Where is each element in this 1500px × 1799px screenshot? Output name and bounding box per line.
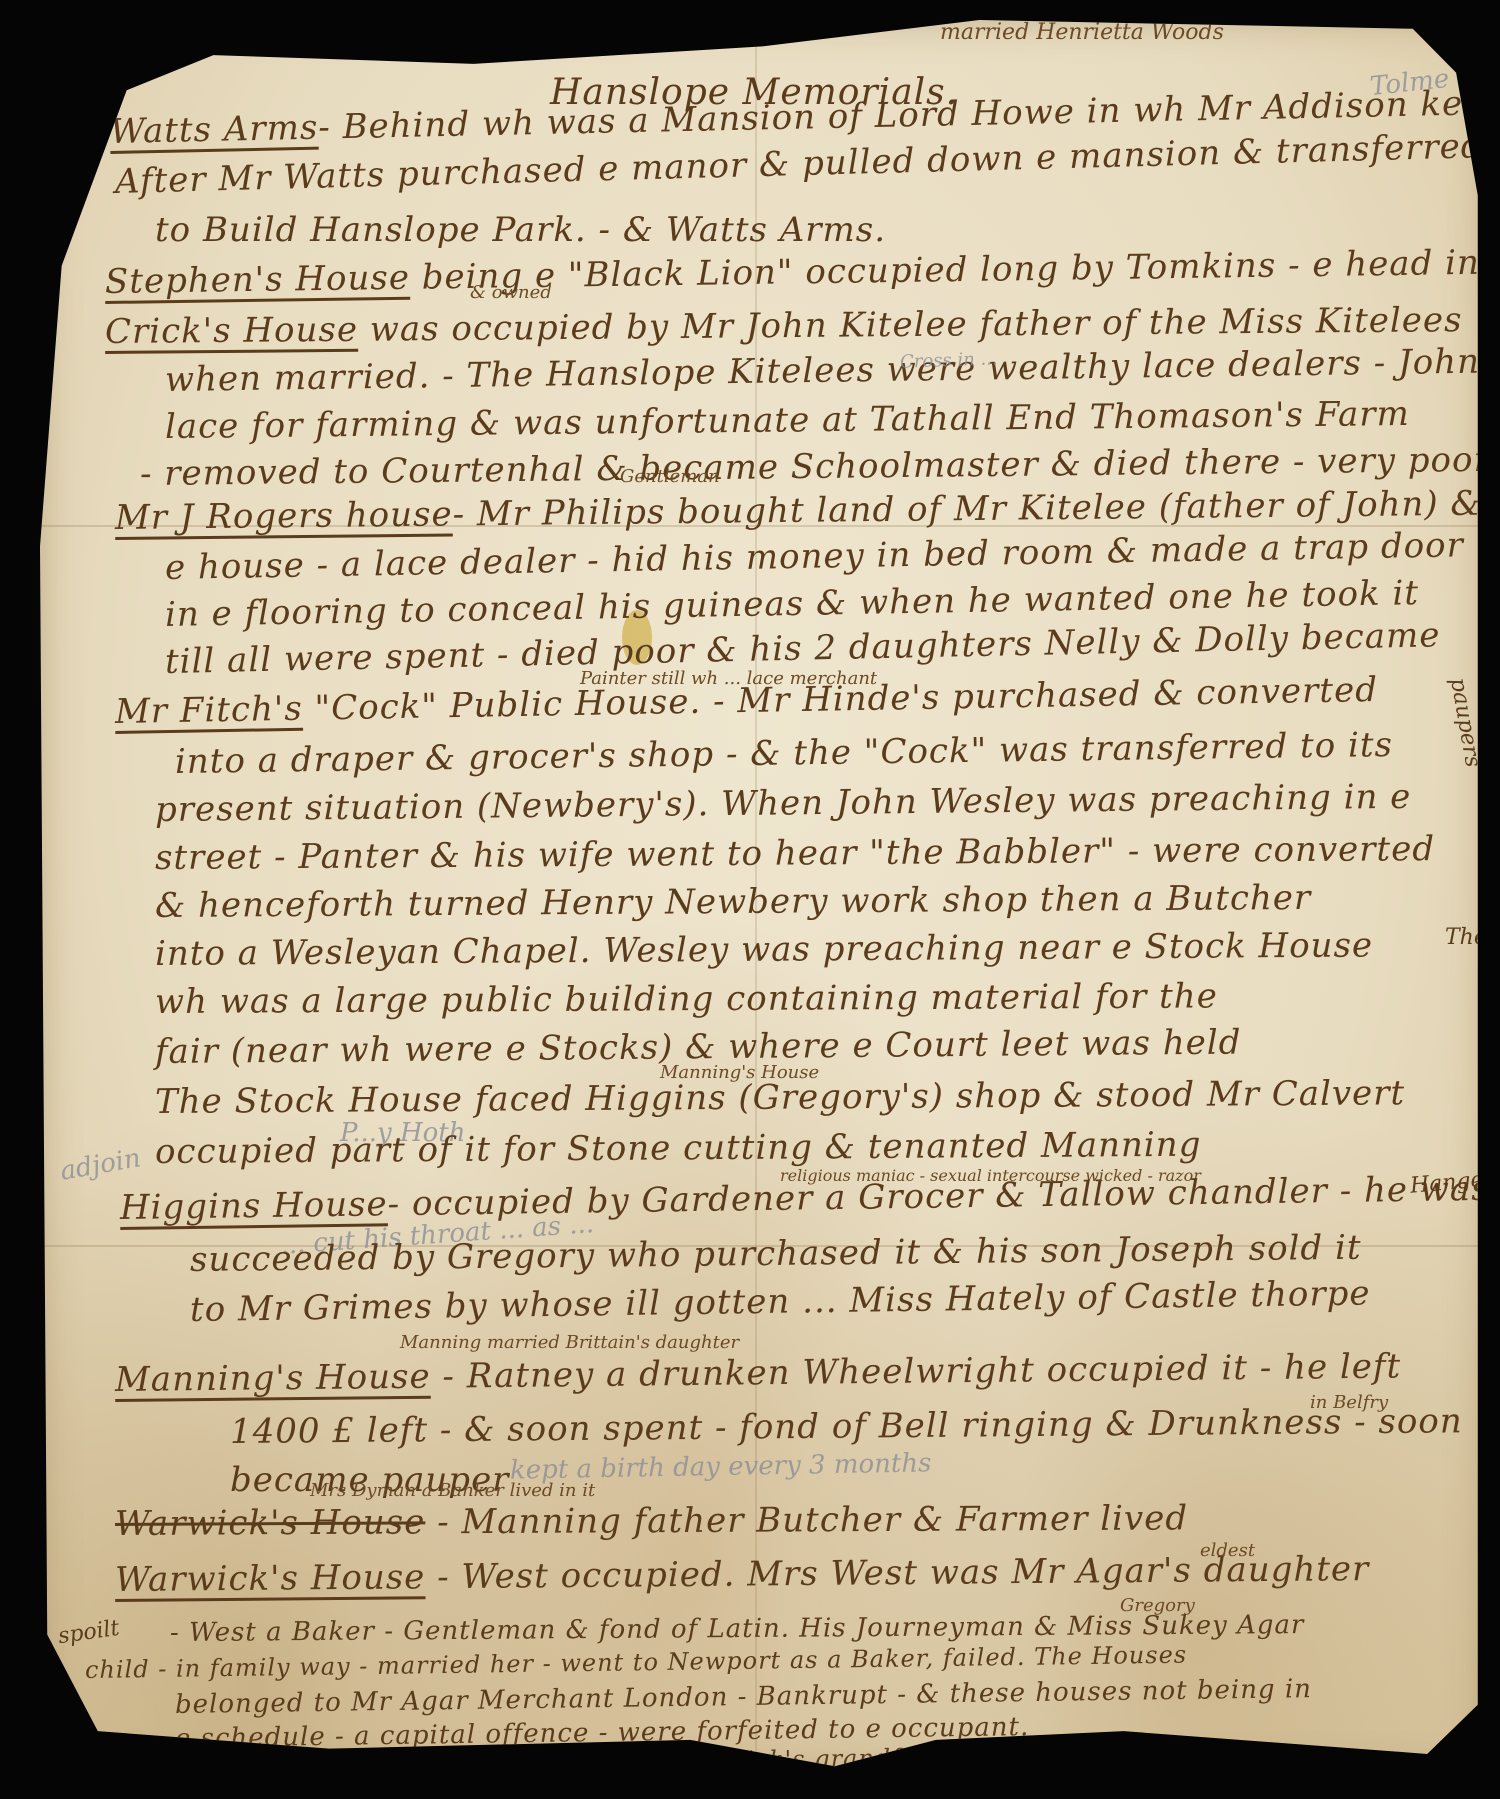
entry-higgins-house: Higgins House- occupied by Gardener a Gr… (120, 1169, 1490, 1228)
entry-warwicks-house: Warwick's House - West occupied. Mrs Wes… (115, 1549, 1370, 1600)
pencil-note: Cross in ... (900, 348, 998, 372)
text-line: & henceforth turned Henry Newbery work s… (155, 878, 1312, 926)
manuscript-page: Death ... watts ... a the ... occupied i… (40, 20, 1485, 1775)
insertion-note: Mrs Dyman a Banker lived in it (310, 1480, 595, 1501)
top-overlap-line: Death ... watts ... a the ... occupied i… (60, 19, 663, 60)
text-line: wh was a large public building containin… (155, 976, 1218, 1022)
pencil-note: adjoin (58, 1143, 143, 1187)
insertion-note: & owned (470, 282, 552, 303)
text-line-faded: who was a ... (480, 1780, 611, 1799)
margin-note: The (1445, 925, 1487, 950)
entry-mannings-house: Manning's House - Ratney a drunken Wheel… (115, 1347, 1402, 1400)
text-line: to Mr Grimes by whose ill gotten ... Mis… (190, 1274, 1371, 1330)
text-line: street - Panter & his wife went to hear … (155, 829, 1435, 878)
insertion-note: Manning married Brittain's daughter (400, 1332, 739, 1353)
text-line: present situation (Newbery's). When John… (155, 777, 1412, 830)
top-overlap-above: married Henrietta Woods (940, 20, 1224, 45)
text-line: occupied part of it for Stone cutting & … (155, 1125, 1202, 1172)
text-line: 1400 £ left - & soon spent - fond of Bel… (230, 1401, 1463, 1452)
margin-note: paupers (1445, 676, 1485, 769)
margin-note: spoilt (57, 1616, 121, 1649)
left-margin-note: tiny (44, 226, 69, 268)
text-line: into a Wesleyan Chapel. Wesley was preac… (155, 925, 1373, 974)
text-line: The Stock House faced Higgins (Gregory's… (155, 1073, 1405, 1122)
text-line: to Build Hanslope Park. - & Watts Arms. (155, 210, 886, 250)
text-line: belonged to Mr Agar Merchant London - Ba… (175, 1674, 1312, 1720)
entry-warwicks-house-struck: Warwick's House - Manning father Butcher… (115, 1498, 1188, 1544)
text-line: into a draper & grocer's shop - & the "C… (175, 725, 1394, 782)
insertion-note: Gentleman (620, 466, 720, 487)
entry-heading: Watts Arms (110, 108, 319, 152)
text-line: lace for farming & was unfortunate at Ta… (165, 394, 1410, 447)
